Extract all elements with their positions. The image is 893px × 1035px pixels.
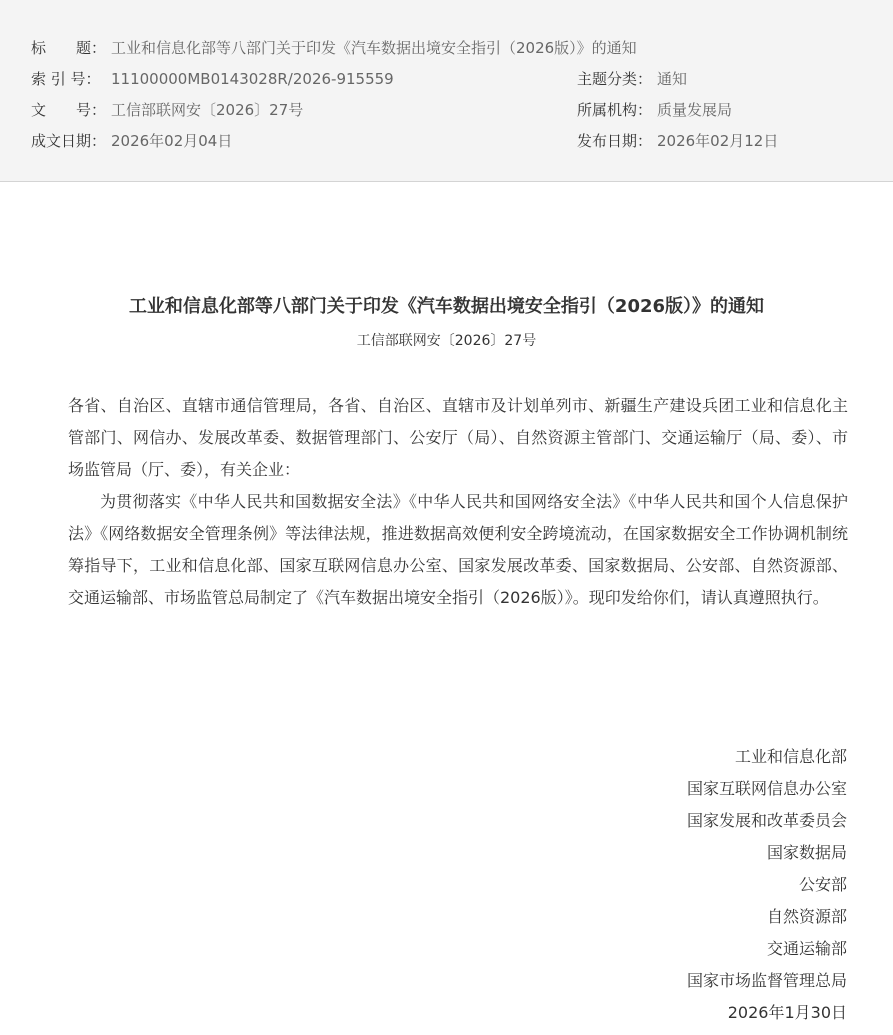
meta-org-label: 所属机构： <box>577 98 657 122</box>
signing-date: 2026年1月30日 <box>687 997 847 1029</box>
signatory: 自然资源部 <box>687 901 847 933</box>
meta-doc-number-value: 工信部联网安〔2026〕27号 <box>111 98 303 122</box>
signatory: 交通运输部 <box>687 933 847 965</box>
meta-category-value: 通知 <box>657 67 687 91</box>
meta-index-row: 索 引 号：11100000MB0143028R/2026-915559 <box>31 67 394 91</box>
signatory: 国家数据局 <box>687 837 847 869</box>
document-title: 工业和信息化部等八部门关于印发《汽车数据出境安全指引（2026版）》的通知 <box>0 294 893 320</box>
signatory: 工业和信息化部 <box>687 741 847 773</box>
meta-written-date-row: 成文日期：2026年02月04日 <box>31 129 232 153</box>
meta-doc-number-label: 文 号： <box>31 98 111 122</box>
meta-category-label: 主题分类： <box>577 67 657 91</box>
meta-index-label: 索 引 号： <box>31 67 111 91</box>
meta-publish-date-value: 2026年02月12日 <box>657 129 778 153</box>
document-metadata-panel: 标 题：工业和信息化部等八部门关于印发《汽车数据出境安全指引（2026版）》的通… <box>0 0 893 182</box>
document-number: 工信部联网安〔2026〕27号 <box>0 331 893 351</box>
meta-publish-date-row: 发布日期：2026年02月12日 <box>577 129 778 153</box>
meta-doc-number-row: 文 号：工信部联网安〔2026〕27号 <box>31 98 303 122</box>
meta-written-date-value: 2026年02月04日 <box>111 129 232 153</box>
signatory-block: 工业和信息化部 国家互联网信息办公室 国家发展和改革委员会 国家数据局 公安部 … <box>687 741 847 1029</box>
meta-category-row: 主题分类：通知 <box>577 67 687 91</box>
meta-index-value: 11100000MB0143028R/2026-915559 <box>111 67 394 91</box>
signatory: 国家市场监督管理总局 <box>687 965 847 997</box>
addressees-paragraph: 各省、自治区、直辖市通信管理局，各省、自治区、直辖市及计划单列市、新疆生产建设兵… <box>68 390 848 486</box>
meta-title-label: 标 题： <box>31 36 111 60</box>
signatory: 国家发展和改革委员会 <box>687 805 847 837</box>
meta-org-value: 质量发展局 <box>657 98 732 122</box>
body-paragraph: 为贯彻落实《中华人民共和国数据安全法》《中华人民共和国网络安全法》《中华人民共和… <box>68 486 848 614</box>
meta-title-value: 工业和信息化部等八部门关于印发《汽车数据出境安全指引（2026版）》的通知 <box>111 36 637 60</box>
meta-written-date-label: 成文日期： <box>31 129 111 153</box>
meta-title-row: 标 题：工业和信息化部等八部门关于印发《汽车数据出境安全指引（2026版）》的通… <box>31 36 637 60</box>
signatory: 公安部 <box>687 869 847 901</box>
meta-publish-date-label: 发布日期： <box>577 129 657 153</box>
meta-org-row: 所属机构：质量发展局 <box>577 98 732 122</box>
signatory: 国家互联网信息办公室 <box>687 773 847 805</box>
